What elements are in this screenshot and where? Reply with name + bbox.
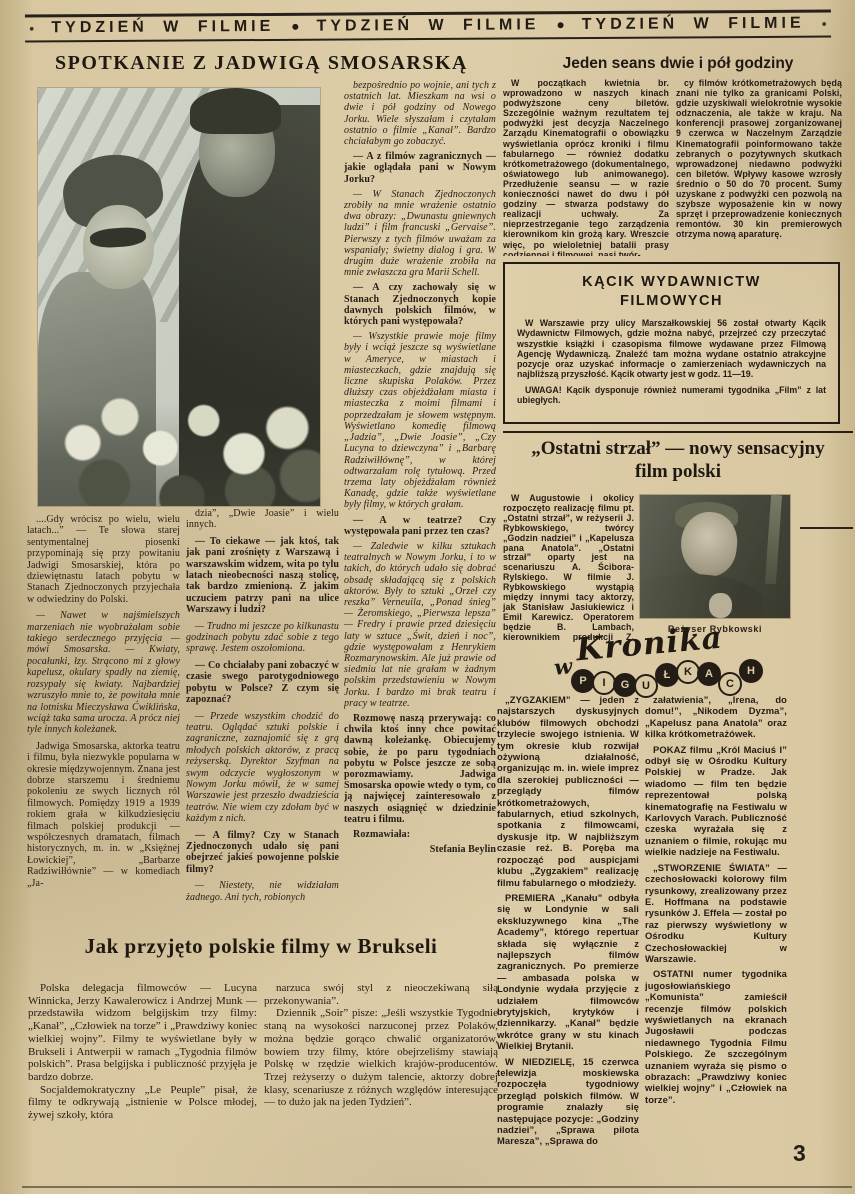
paragraph: Dziennik „Soir” pisze: „Jeśli wszystkie … — [264, 1007, 498, 1109]
banner-item: TYDZIEŃ W FILMIE — [51, 18, 274, 37]
paragraph: załatwienia”, „Irena, do domu!”, „Nikode… — [645, 694, 787, 740]
kronika-logo: Kronika w PIGUŁKACH — [538, 630, 748, 694]
paragraph: „STWORZENIE ŚWIATA” — czechosłowacki kol… — [645, 862, 787, 965]
paragraph: — Zaledwie w kilku sztukach teatralnych … — [344, 541, 496, 709]
section-divider-rule — [503, 431, 853, 433]
jeden-seans-column-1: W początkach kwietnia br. wprowadzono w … — [503, 78, 669, 256]
paragraph: bezpośrednio po wojnie, ani tych z ostat… — [344, 80, 496, 147]
paragraph: Socjaldemokratyczny „Le Peuple” pisał, ż… — [28, 1084, 257, 1122]
photo-sepia-tint — [38, 88, 320, 506]
headline-jeden-seans: Jeden seans dwie i pół godziny — [503, 55, 853, 73]
paragraph: Rozmowę naszą przerywają: co chwila ktoś… — [344, 713, 496, 825]
kronika-column-2: załatwienia”, „Irena, do domu!”, „Nikode… — [645, 694, 787, 1109]
paragraph: dzia”, „Dwie Joasie” i wielu innych. — [186, 508, 339, 531]
paragraph: cy filmów krótkometrażowych będą znani n… — [676, 78, 842, 240]
paragraph: Jadwiga Smosarska, aktorka teatru i film… — [27, 741, 180, 889]
paragraph: W Warszawie przy ulicy Marszałkowskiej 5… — [517, 318, 826, 380]
headline-ostatni-strzal: „Ostatni strzał” — nowy sensacyjny film … — [503, 437, 853, 483]
paragraph: W NIEDZIELĘ, 15 czerwca telewizja moskie… — [497, 1056, 639, 1147]
paragraph: — Wszystkie prawie moje filmy były i wci… — [344, 331, 496, 510]
kronika-column-1: „ZYGZAKIEM” — jeden z najstarszych dysku… — [497, 694, 639, 1151]
paragraph: „ZYGZAKIEM” — jeden z najstarszych dysku… — [497, 694, 639, 888]
paragraph: W Augustowie i okolicy rozpoczęto realiz… — [503, 494, 634, 642]
kronika-w-word: w — [553, 653, 574, 680]
paragraph: Rozmawiała: — [344, 829, 496, 840]
paragraph: — A czy zachowały się w Stanach Zjednocz… — [344, 282, 496, 327]
jeden-seans-column-2: cy filmów krótkometrażowych będą znani n… — [676, 78, 842, 244]
paragraph: narzuca swój styl z nieoczekiwaną siłą p… — [264, 982, 498, 1007]
paragraph: — Co chciałaby pani zobaczyć w czasie sw… — [186, 660, 339, 706]
smosarska-column-2: dzia”, „Dwie Joasie” i wielu innych.— To… — [186, 508, 339, 908]
paragraph: — Nawet w najśmielszych marzeniach nie w… — [27, 610, 180, 735]
paragraph: POKAZ filmu „Król Maciuś I” odbył się w … — [645, 744, 787, 858]
kacik-wydawnictw-box: KĄCIK WYDAWNICTW FILMOWYCH W Warszawie p… — [503, 262, 840, 424]
paragraph: — A z filmów zagranicznych — jakie ogląd… — [344, 151, 496, 185]
paragraph: W początkach kwietnia br. wprowadzono w … — [503, 78, 669, 256]
headline-line2: film polski — [503, 460, 853, 483]
banner-item: ● — [291, 18, 300, 34]
headline-line1: „Ostatni strzał” — nowy sensacyjny — [503, 437, 853, 460]
pill-letter: C — [718, 672, 742, 696]
bruksela-column-1: Polska delegacja filmowców — Lucyna Winn… — [28, 982, 257, 1122]
banner-item: ● — [821, 19, 826, 29]
paragraph: — Przede wszystkim chodzić do teatru. Og… — [186, 711, 339, 825]
paragraph: — W Stanach Zjednoczonych zrobiły na mni… — [344, 189, 496, 279]
photo-smosarska-welcome — [38, 88, 320, 506]
kacik-title-line2: FILMOWYCH — [517, 292, 826, 311]
headline-smosarska: SPOTKANIE Z JADWIGĄ SMOSARSKĄ — [55, 52, 465, 75]
paragraph: UWAGA! Kącik dysponuje również numerami … — [517, 385, 826, 406]
kronika-pill-letters: PIGUŁKACH — [574, 662, 763, 686]
page-number: 3 — [793, 1140, 806, 1167]
banner-item: TYDZIEŃ W FILMIE — [316, 16, 539, 35]
paragraph: ....Gdy wrócisz po wielu, wielu latach..… — [27, 514, 180, 605]
ostatni-strzal-column: W Augustowie i okolicy rozpoczęto realiz… — [503, 494, 634, 642]
banner: ●TYDZIEŃ W FILMIE●TYDZIEŃ W FILMIE●TYDZI… — [25, 10, 831, 43]
kacik-title: KĄCIK WYDAWNICTW FILMOWYCH — [517, 273, 826, 311]
smosarska-column-1: ....Gdy wrócisz po wielu, wielu latach..… — [27, 514, 180, 894]
paragraph: — Niestety, nie widziałam żadnego. Ani t… — [186, 880, 339, 903]
photo-sepia-tint — [640, 495, 790, 618]
banner-item: ● — [556, 16, 565, 32]
banner-item: ● — [29, 23, 34, 33]
kacik-body: W Warszawie przy ulicy Marszałkowskiej 5… — [517, 318, 826, 405]
smosarska-column-3: bezpośrednio po wojnie, ani tych z ostat… — [344, 80, 496, 859]
paragraph: OSTATNI numer tygodnika jugosłowiańskieg… — [645, 968, 787, 1105]
banner-item: TYDZIEŃ W FILMIE — [582, 15, 805, 34]
kacik-title-line1: KĄCIK WYDAWNICTW — [517, 273, 826, 292]
decorative-rule — [800, 527, 853, 529]
pill-letter: H — [739, 659, 763, 683]
page-bottom-rule — [22, 1186, 852, 1188]
headline-bruksela: Jak przyjęto polskie filmy w Brukseli — [25, 934, 497, 959]
paragraph: — A filmy? Czy w Stanach Zjednoczonych u… — [186, 830, 339, 876]
paragraph: — To ciekawe — jak ktoś, tak jak pani zr… — [186, 536, 339, 616]
paragraph: — A w teatrze? Czy występowała pani prze… — [344, 515, 496, 537]
paragraph: PREMIERA „Kanału” odbyła się w Londynie … — [497, 892, 639, 1052]
photo-rybkowski — [640, 495, 790, 618]
magazine-page: ●TYDZIEŃ W FILMIE●TYDZIEŃ W FILMIE●TYDZI… — [0, 0, 855, 1194]
paragraph: Polska delegacja filmowców — Lucyna Winn… — [28, 982, 257, 1084]
paragraph: Stefania Beylin — [344, 844, 496, 855]
paragraph: — Trudno mi jeszcze po kilkunastu godzin… — [186, 621, 339, 655]
bruksela-column-2: narzuca swój styl z nieoczekiwaną siłą p… — [264, 982, 498, 1109]
